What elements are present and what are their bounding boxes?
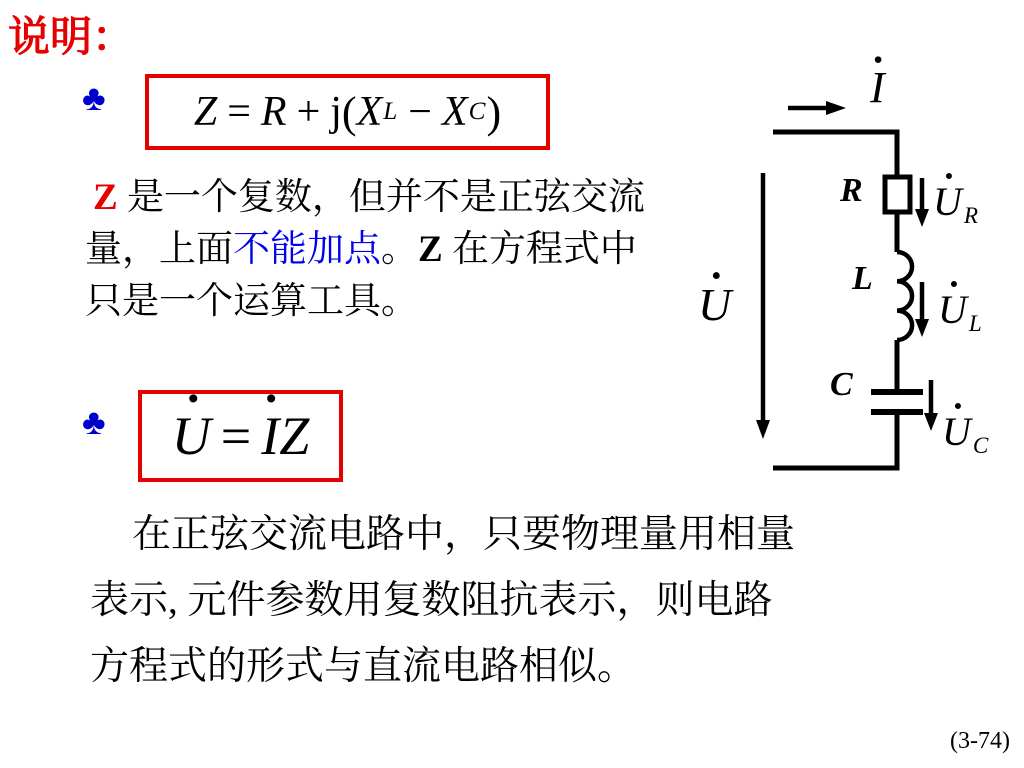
club-bullet-icon: ♣ xyxy=(82,80,106,116)
label-sub-c: C xyxy=(973,433,988,459)
paragraph-line: 只是一个运算工具。 xyxy=(85,276,685,328)
voltage-arrow-ul xyxy=(915,282,929,337)
resistor-label: R xyxy=(840,174,863,208)
text-run: 。 xyxy=(381,229,418,270)
paragraph-line: 表示, 元件参数用复数阻抗表示，则电路 xyxy=(90,568,740,634)
overdot: ˙ xyxy=(709,266,724,312)
text-run: 在方程式中 xyxy=(443,229,637,270)
math-xc-sub: C xyxy=(469,98,486,126)
page-number: (3-74) xyxy=(950,728,1010,755)
uc-voltage-label: ˙UC xyxy=(942,412,988,458)
current-arrow xyxy=(788,101,846,115)
paragraph-line: 量，上面不能加点。Z 在方程式中 xyxy=(85,224,685,276)
math-r: R xyxy=(261,88,287,136)
math-xl-sub: L xyxy=(383,98,397,126)
text-run: 是一个复数，但并不是正弦交流 xyxy=(118,177,645,218)
voltage-arrow-uc xyxy=(924,380,938,431)
text-run-emphasis: 不能加点 xyxy=(233,229,381,270)
label-sub-l: L xyxy=(969,311,982,337)
z-symbol-red: Z xyxy=(93,177,118,218)
bottom-wire xyxy=(773,412,897,468)
math-xl: X xyxy=(357,88,383,136)
math-lparen: ( xyxy=(342,87,357,138)
capacitor-symbol xyxy=(871,392,923,412)
z-symbol-bold: Z xyxy=(418,229,443,270)
slide-title: 说明： xyxy=(8,4,134,64)
overdot: ˙ xyxy=(942,168,955,208)
ur-voltage-label: ˙UR xyxy=(933,182,978,228)
overdot: ˙ xyxy=(947,276,960,316)
total-voltage-label: ˙U xyxy=(698,282,731,328)
math-rparen: ) xyxy=(486,87,501,138)
overdot: ˙ xyxy=(184,387,202,441)
club-bullet-icon: ♣ xyxy=(82,404,106,440)
rlc-series-circuit-diagram: ˙I ˙U R L C ˙UR ˙UL ˙UC xyxy=(690,70,1024,490)
voltage-arrow-total xyxy=(756,173,770,439)
math-equals: = xyxy=(221,405,251,467)
math-xc: X xyxy=(442,88,468,136)
phasor-i: ˙I xyxy=(261,405,279,467)
capacitor-label: C xyxy=(830,368,853,402)
overdot: ˙ xyxy=(262,387,280,441)
inductor-label: L xyxy=(852,262,873,296)
math-equals: = xyxy=(227,88,251,136)
paragraph-line: Z 是一个复数，但并不是正弦交流 xyxy=(85,172,685,224)
label-sub-r: R xyxy=(964,203,978,229)
phasor-u: ˙U xyxy=(172,405,211,467)
current-phasor-label: ˙I xyxy=(870,66,885,110)
math-z: Z xyxy=(279,405,309,467)
math-minus: − xyxy=(408,88,432,136)
overdot: ˙ xyxy=(951,398,964,438)
overdot: ˙ xyxy=(871,51,886,95)
impedance-note-paragraph: Z 是一个复数，但并不是正弦交流 量，上面不能加点。Z 在方程式中 只是一个运算… xyxy=(85,172,685,328)
math-z: Z xyxy=(194,88,217,136)
ul-voltage-label: ˙UL xyxy=(938,290,982,336)
math-plus: + xyxy=(297,88,321,136)
slide: 说明： ♣ Z = R + j ( X L − X C ) Z 是一个复数，但并… xyxy=(0,0,1024,768)
inductor-symbol xyxy=(897,252,912,340)
voltage-arrow-ur xyxy=(915,178,929,227)
ohms-law-formula-box: ˙U = ˙I Z xyxy=(138,390,343,482)
resistor-symbol xyxy=(885,177,910,212)
impedance-formula-box: Z = R + j ( X L − X C ) xyxy=(145,74,550,150)
paragraph-line: 在正弦交流电路中，只要物理量用相量 xyxy=(90,502,740,568)
text-run: 量，上面 xyxy=(85,229,233,270)
summary-paragraph: 在正弦交流电路中，只要物理量用相量 表示, 元件参数用复数阻抗表示，则电路 方程… xyxy=(90,502,740,700)
top-wire xyxy=(773,132,897,177)
math-j: j xyxy=(330,88,342,136)
paragraph-line: 方程式的形式与直流电路相似。 xyxy=(90,634,740,700)
